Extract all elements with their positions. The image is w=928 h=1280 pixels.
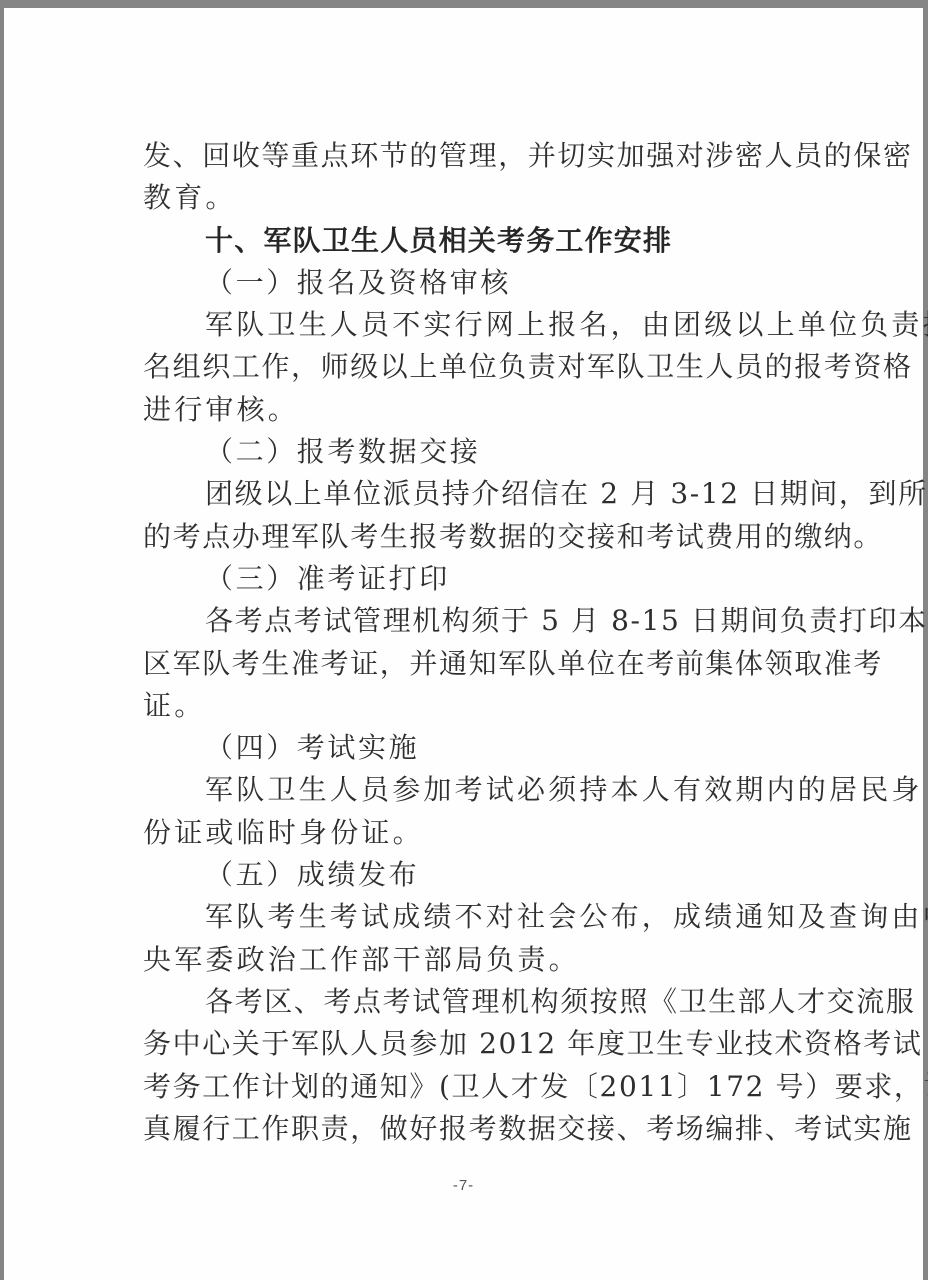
body-line: 军队卫生人员不实行网上报名，由团级以上单位负责报 <box>143 304 833 346</box>
body-line: 证。 <box>143 685 833 727</box>
body-line: 各考点考试管理机构须于 5 月 8-15 日期间负责打印本地 <box>143 600 833 642</box>
subsection-heading: （四）考试实施 <box>143 727 833 769</box>
subsection-heading: （一）报名及资格审核 <box>143 262 833 304</box>
section-heading: 十、军队卫生人员相关考务工作安排 <box>143 220 833 262</box>
body-line: 份证或临时身份证。 <box>143 812 833 854</box>
body-line: 的考点办理军队考生报考数据的交接和考试费用的缴纳。 <box>143 516 833 558</box>
body-line: 团级以上单位派员持介绍信在 2 月 3-12 日期间，到所在 <box>143 473 833 515</box>
body-line: 区军队考生准考证，并通知军队单位在考前集体领取准考 <box>143 643 833 685</box>
body-line: 央军委政治工作部干部局负责。 <box>143 939 833 981</box>
page-number: -7- <box>4 1177 923 1194</box>
document-body: 发、回收等重点环节的管理，并切实加强对涉密人员的保密 教育。 十、军队卫生人员相… <box>143 135 833 1150</box>
body-line: 军队考生考试成绩不对社会公布，成绩通知及查询由中 <box>143 896 833 938</box>
document-page: 发、回收等重点环节的管理，并切实加强对涉密人员的保密 教育。 十、军队卫生人员相… <box>4 8 923 1280</box>
body-line: 考务工作计划的通知》(卫人才发〔2011〕172 号）要求，认 <box>143 1066 833 1108</box>
body-line: 名组织工作，师级以上单位负责对军队卫生人员的报考资格 <box>143 346 833 388</box>
body-line: 发、回收等重点环节的管理，并切实加强对涉密人员的保密 <box>143 135 833 177</box>
body-line: 教育。 <box>143 177 833 219</box>
subsection-heading: （五）成绩发布 <box>143 854 833 896</box>
body-line: 真履行工作职责，做好报考数据交接、考场编排、考试实施 <box>143 1108 833 1150</box>
subsection-heading: （二）报考数据交接 <box>143 431 833 473</box>
body-line: 务中心关于军队人员参加 2012 年度卫生专业技术资格考试 <box>143 1023 833 1065</box>
body-line: 进行审核。 <box>143 389 833 431</box>
subsection-heading: （三）准考证打印 <box>143 558 833 600</box>
body-line: 各考区、考点考试管理机构须按照《卫生部人才交流服 <box>143 981 833 1023</box>
body-line: 军队卫生人员参加考试必须持本人有效期内的居民身 <box>143 769 833 811</box>
scan-frame: 发、回收等重点环节的管理，并切实加强对涉密人员的保密 教育。 十、军队卫生人员相… <box>4 8 923 1280</box>
